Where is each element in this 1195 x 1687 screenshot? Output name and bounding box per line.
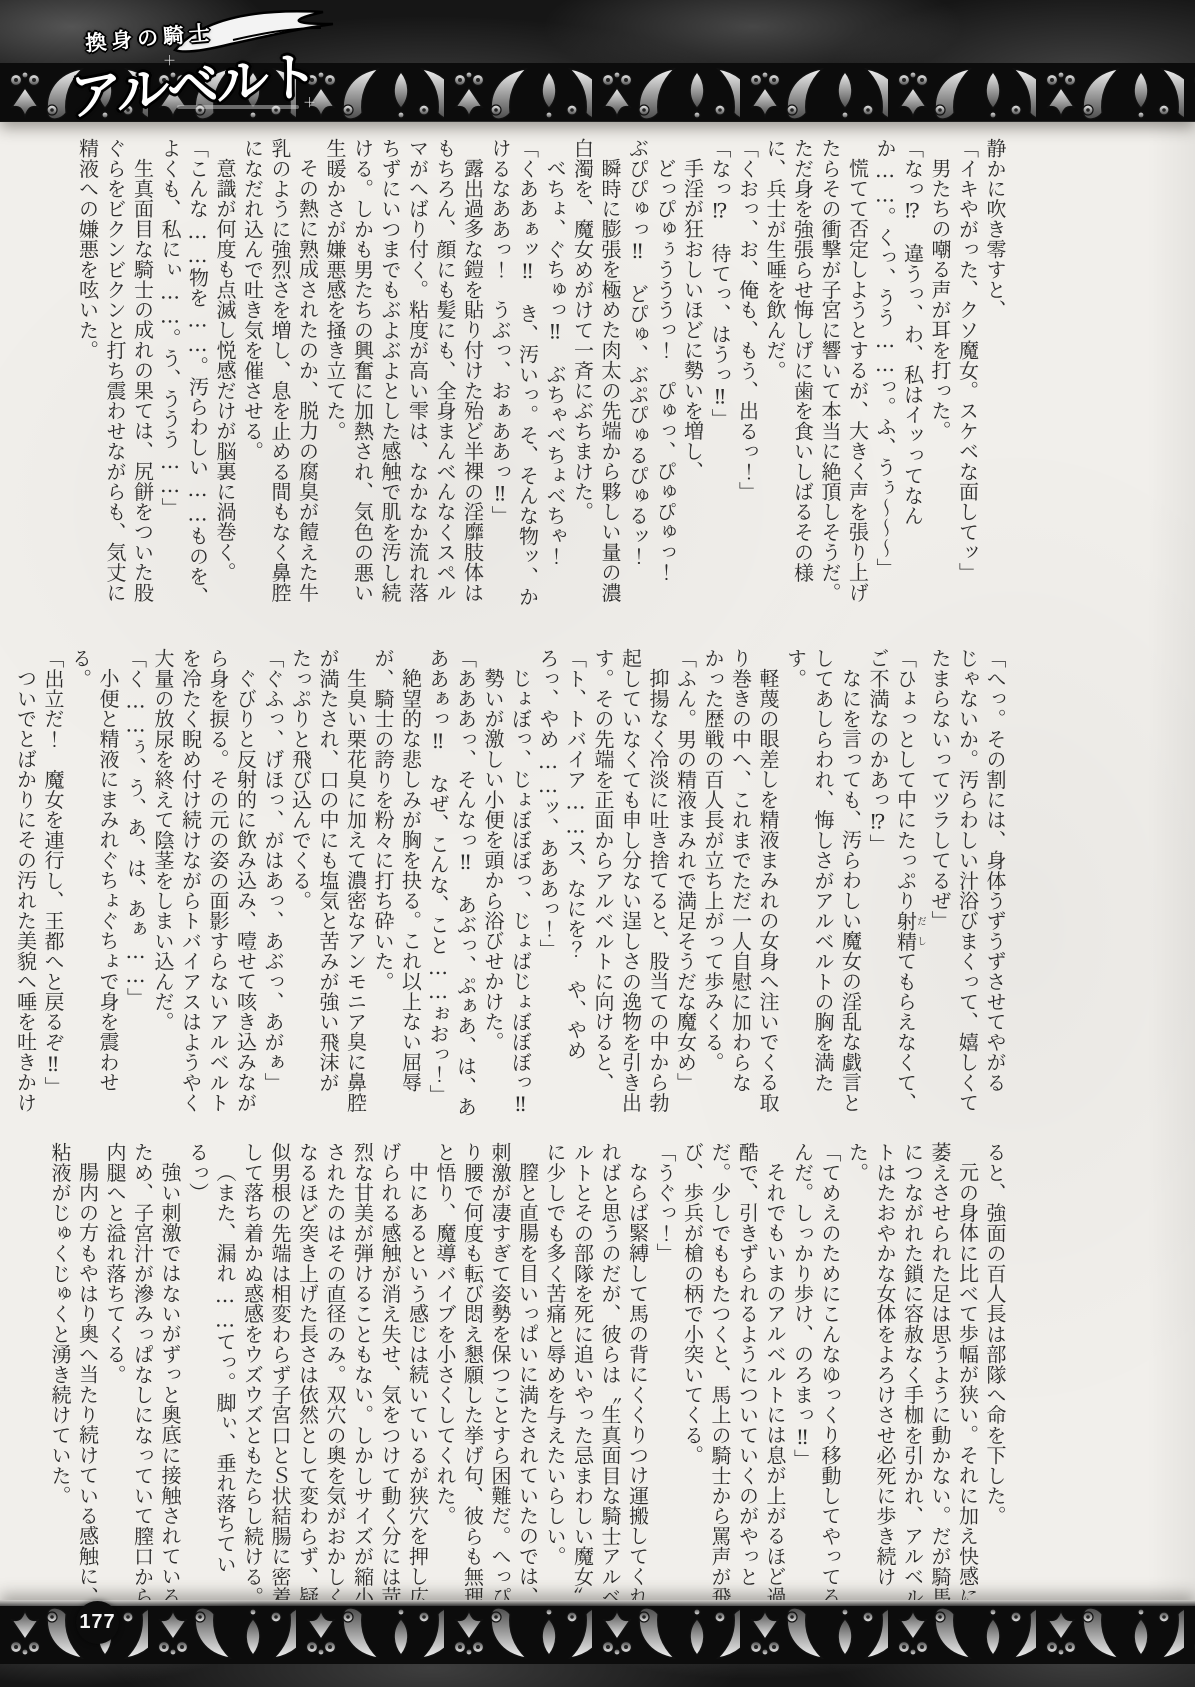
text-paragraph: 「出立だ！ 魔女を連行し、王都へと戻るぞ‼」 — [39, 648, 67, 1118]
text-paragraph: 「あああっ、そんなっ‼ あぶっ、ぷぁあ、は、あああぁっ‼ なぜ、こんな、こと……… — [424, 648, 479, 1118]
text-paragraph: 慌てて否定しようとするが、大きく声を張り上げたらその衝撃が子宮に響いて本当に絶頂… — [761, 138, 871, 608]
text-paragraph: 小便と精液にまみれぐちょぐちょで身を震わせる。 — [66, 648, 121, 1118]
page-number-badge: 177 — [76, 1601, 119, 1644]
novel-page: 換身の騎士 アルベルト ＋ ＋ 静かに吹き零すと、「イキやがった、クソ魔女。スケ… — [0, 0, 1195, 1687]
text-paragraph: 「ト、トバイア……ス、なにを？ や、やめろっ、やめ……ッ、あああっ！」 — [534, 648, 589, 1118]
text-paragraph: 「なっ⁉ 待てっ、はうっ‼」 — [706, 138, 734, 608]
text-paragraph: 男たちの嘲る声が耳を打った。 — [926, 138, 954, 608]
text-paragraph: 「ふん。男の精液まみれで満足そうだな魔女め」 — [671, 648, 699, 1118]
text-paragraph: 勢いが激しい小便を頭から浴びせかけた。 — [479, 648, 507, 1118]
text-paragraph: 「くああぁッ‼ き、汚いっ。そ、そんな物ッ、かけるなああっ！ うぶっ、おぁああっ… — [486, 138, 541, 608]
sparkle-icon: ＋ — [163, 50, 176, 69]
text-paragraph: 生臭い栗花臭に加えて濃密なアンモニア臭に鼻腔が満たされ、口の中にも塩気と苦みが強… — [286, 648, 369, 1118]
text-paragraph: 「へっ。その割には、身体うずうずさせてやがるじゃないか。汚らわしい汁浴びまくって… — [926, 648, 1009, 1118]
text-band-bottom: ると、強面の百人長は部隊へ命を下した。元の身体に比べて歩幅が狭い。それに加え快感… — [46, 1142, 1009, 1612]
text-paragraph: べちょ、ぐちゅっ‼ ぶちゃべちょべちゃ！ — [541, 138, 569, 608]
text-paragraph: ついでとばかりにその汚れた美貌へ唾を吐きかけ — [11, 648, 39, 1118]
text-paragraph: 絶望的な悲しみが胸を抉る。これ以上ない屈辱が、騎士の誇りを粉々に打ち砕いた。 — [369, 648, 424, 1118]
text-paragraph: 抑揚なく冷淡に吐き捨てると、股当ての中から勃起していなくても申し分ない逞しさの逸… — [589, 648, 672, 1118]
text-paragraph: 元の身体に比べて歩幅が狭い。それに加え快感に萎えさせられた足は思うように動かない… — [843, 1142, 981, 1612]
text-paragraph: 腸内の方もやはり奥へ当たり続けている感触に、粘液がじゅくじゅくと湧き続けていた。 — [46, 1142, 101, 1612]
text-paragraph: 軽蔑の眼差しを精液まみれの女身へ注いでくる取り巻きの中へ、これまでただ一人自慰に… — [699, 648, 782, 1118]
text-paragraph: ぐびりと反射的に飲み込み、噎せて咳き込みながら身を捩る。その元の姿の面影すらない… — [149, 648, 259, 1118]
text-paragraph: 「うぐっ！」 — [651, 1142, 679, 1612]
text-paragraph: それでもいまのアルベルトには息が上がるほど過酷で、引きずられるようについていくの… — [678, 1142, 788, 1612]
text-paragraph: じょぼっ、じょぼぼぼっ、じょばじょぼぼぼっ‼ — [506, 648, 534, 1118]
text-paragraph: 静かに吹き零すと、 — [981, 138, 1009, 608]
text-paragraph: 瞬時に膨張を極めた肉太の先端から夥しい量の濃白濁を、魔女めがけて一斉にぶちまけた… — [568, 138, 623, 608]
bottom-ornament-border — [0, 1606, 1195, 1664]
text-band-top: 静かに吹き零すと、「イキやがった、クソ魔女。スケベな面してッ」男たちの嘲る声が耳… — [73, 138, 1008, 608]
text-paragraph: 「ひょっとして中にたっぷり射精だしてもらえなくて、ご不満なのかあっ⁉」 — [864, 648, 926, 1118]
text-paragraph: （また、漏れ……てっ。脚ぃ、垂れ落ちているっ） — [183, 1142, 238, 1612]
text-paragraph: なにを言っても、汚らわしい魔女の淫乱な戯言としてあしらわれ、悔しさがアルベルトの… — [781, 648, 864, 1118]
text-paragraph: どっぴゅぅうううっ！ ぴゅっ、ぴゅぴゅっ！ ぶぴぴゅっ‼ どぴゅ、ぶぷぴゅるぴゅ… — [623, 138, 678, 608]
logo-tagline-smudge — [177, 105, 299, 109]
text-paragraph: 「く……ぅ、う、あ、は、あぁ……」 — [121, 648, 149, 1118]
text-paragraph: 強い刺激ではないがずっと奥底に接触されているため、子宮汁が滲みっぱなしになってい… — [101, 1142, 184, 1612]
text-paragraph: ならば緊縛して馬の背にくくりつけ運搬してくれればと思うのだが、彼らは〝生真面目な… — [541, 1142, 651, 1612]
text-paragraph: 「くおっ、お、俺も、もう、出るっ！」 — [733, 138, 761, 608]
text-paragraph: 手淫が狂おしいほどに勢いを増し、 — [678, 138, 706, 608]
text-paragraph: その熱に熟成されたのか、脱力の腐臭が饐えた牛乳のように強烈さを増し、息を止める間… — [238, 138, 321, 608]
top-scan-strip: 換身の騎士 アルベルト ＋ ＋ — [0, 0, 1195, 122]
sparkle-icon: ＋ — [303, 92, 316, 111]
text-paragraph: 「てめえのためにこんなゆっくり移動してやってるんだ。しっかり歩け、のろまっ‼」 — [788, 1142, 843, 1612]
text-paragraph: 「なっ⁉ 違うっ、わ、私はイッってなんか……。くっ、うう……っ。ふ、うぅ〜〜〜」 — [871, 138, 926, 608]
text-paragraph: 意識が何度も点滅し悦感だけが脳裏に渦巻く。 — [211, 138, 239, 608]
text-paragraph: 露出過多な鎧を貼り付けた殆ど半裸の淫靡肢体はもちろん、顔にも髪にも、全身まんべん… — [321, 138, 486, 608]
series-logo: 換身の騎士 アルベルト ＋ ＋ — [55, 6, 365, 120]
text-paragraph: ると、強面の百人長は部隊へ命を下した。 — [981, 1142, 1009, 1612]
text-band-middle: 「へっ。その割には、身体うずうずさせてやがるじゃないか。汚らわしい汁浴びまくって… — [11, 648, 1008, 1118]
text-paragraph: 生真面目な騎士の成れの果ては、尻餅をついた股ぐらをビクンビクンと打ち震わせながら… — [73, 138, 156, 608]
bottom-scan-strip — [0, 1600, 1195, 1687]
page-number: 177 — [79, 1611, 115, 1634]
text-paragraph: 中にあるという感じは続いているが狭穴を押し広げられる感触が消え失せ、気をつけて動… — [238, 1142, 431, 1612]
text-paragraph: 「こんな……物を……。汚らわしい……ものを、よくも、私にぃ……。う、ううう……」 — [156, 138, 211, 608]
text-paragraph: 膣と直腸を目いっぱいに満たされていたのでは、刺激が凄すぎて姿勢を保つことすら困難… — [431, 1142, 541, 1612]
text-paragraph: 「ぐふっ、げほっ、がはあっ、あぶっ、あがぁ」 — [259, 648, 287, 1118]
text-paragraph: 「イキやがった、クソ魔女。スケベな面してッ」 — [953, 138, 981, 608]
